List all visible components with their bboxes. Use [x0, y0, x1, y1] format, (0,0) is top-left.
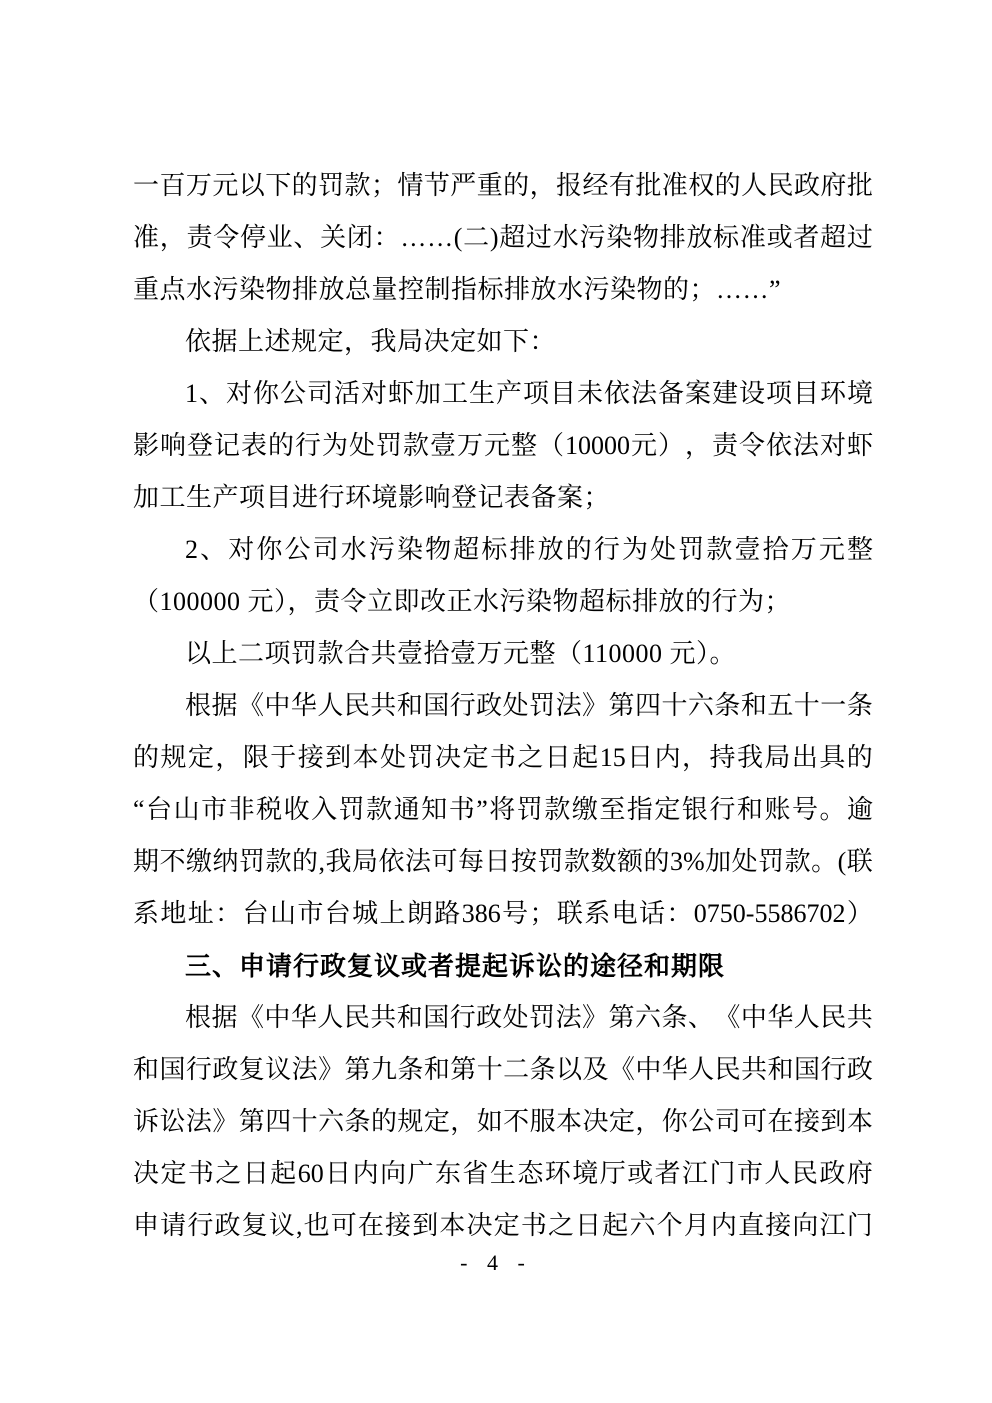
text-line: 申请行政复议,也可在接到本决定书之日起六个月内直接向江门 — [133, 1200, 873, 1252]
text-line: 根据《中华人民共和国行政处罚法》第六条、《中华人民共 — [133, 992, 873, 1044]
text-line: 2、对你公司水污染物超标排放的行为处罚款壹拾万元整 — [133, 524, 873, 576]
section-heading: 三、申请行政复议或者提起诉讼的途径和期限 — [133, 940, 873, 992]
page-number: - 4 - — [0, 1246, 992, 1280]
text-line: 影响登记表的行为处罚款壹万元整（10000元），责令依法对虾 — [133, 420, 873, 472]
text-line: 1、对你公司活对虾加工生产项目未依法备案建设项目环境 — [133, 368, 873, 420]
text-line: 系地址：台山市台城上朗路386号；联系电话：0750-5586702） — [133, 888, 873, 940]
text-line: 依据上述规定，我局决定如下： — [133, 316, 873, 368]
text-line: 和国行政复议法》第九条和第十二条以及《中华人民共和国行政 — [133, 1044, 873, 1096]
text-line: 准，责令停业、关闭：……(二)超过水污染物排放标准或者超过 — [133, 212, 873, 264]
text-line: 根据《中华人民共和国行政处罚法》第四十六条和五十一条 — [133, 680, 873, 732]
text-line: （100000 元），责令立即改正水污染物超标排放的行为； — [133, 576, 873, 628]
text-line: “台山市非税收入罚款通知书”将罚款缴至指定银行和账号。逾 — [133, 784, 873, 836]
text-line: 决定书之日起60日内向广东省生态环境厅或者江门市人民政府 — [133, 1148, 873, 1200]
document-body: 一百万元以下的罚款；情节严重的，报经有批准权的人民政府批准，责令停业、关闭：……… — [133, 160, 873, 1252]
text-line: 重点水污染物排放总量控制指标排放水污染物的；……” — [133, 264, 873, 316]
text-line: 加工生产项目进行环境影响登记表备案； — [133, 472, 873, 524]
text-line: 的规定，限于接到本处罚决定书之日起15日内，持我局出具的 — [133, 732, 873, 784]
text-line: 期不缴纳罚款的,我局依法可每日按罚款数额的3%加处罚款。(联 — [133, 836, 873, 888]
text-line: 一百万元以下的罚款；情节严重的，报经有批准权的人民政府批 — [133, 160, 873, 212]
text-line: 诉讼法》第四十六条的规定，如不服本决定，你公司可在接到本 — [133, 1096, 873, 1148]
text-line: 以上二项罚款合共壹拾壹万元整（110000 元）。 — [133, 628, 873, 680]
document-page: 一百万元以下的罚款；情节严重的，报经有批准权的人民政府批准，责令停业、关闭：……… — [0, 0, 992, 1403]
